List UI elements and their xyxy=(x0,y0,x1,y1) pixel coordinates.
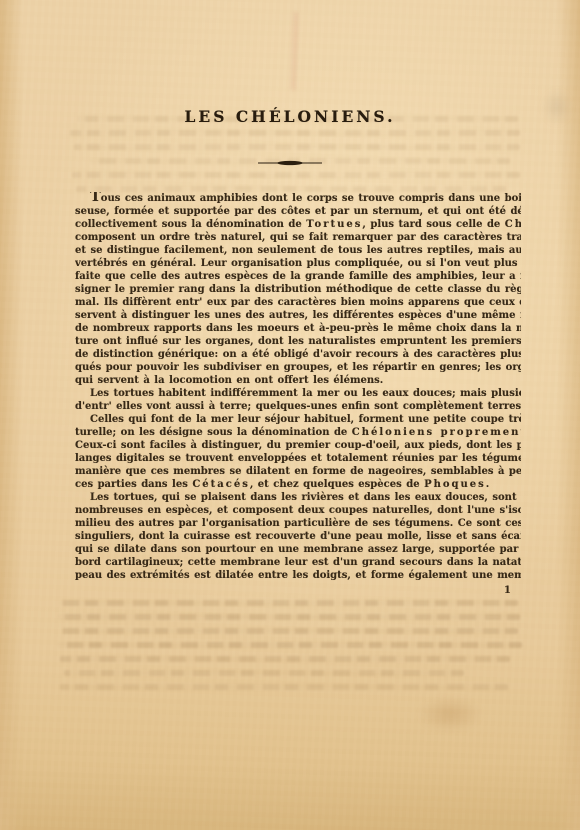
page-title: LES CHÉLONIENS. xyxy=(185,107,396,126)
text-line: vertébrés en général. Leur organisation … xyxy=(75,257,521,270)
text-line: bord cartilagineux; cette membrane leur … xyxy=(75,556,521,569)
text-line: milieu des autres par l'organisation par… xyxy=(75,517,521,530)
text-line: composent un ordre très naturel, qui se … xyxy=(75,231,521,244)
bleedthrough-line xyxy=(60,656,510,662)
page-number: 1 xyxy=(75,584,521,596)
text-line: Ceux-ci sont faciles à distinguer, du pr… xyxy=(75,439,521,452)
text-line: turelle; on les désigne sous la dénomina… xyxy=(75,426,521,439)
text-line: langes digitales se trouvent enveloppées… xyxy=(75,452,521,465)
bleedthrough-line xyxy=(64,670,464,676)
bleedthrough-line xyxy=(72,172,520,178)
text-line: de distinction générique: on a été oblig… xyxy=(75,348,521,361)
text-line: qui se dilate dans son pourtour en une m… xyxy=(75,543,521,556)
text-line: collectivement sous la dénomination de T… xyxy=(75,218,521,231)
bleedthrough-line xyxy=(74,144,520,150)
text-line: ture ont influé sur les organes, dont le… xyxy=(75,335,521,348)
text-line: faite que celle des autres espèces de la… xyxy=(75,270,521,283)
text-line: mal. Ils diffèrent entr' eux par des car… xyxy=(75,296,521,309)
bleedthrough-line xyxy=(58,642,522,648)
text-line: qués pour pouvoir les subdiviser en grou… xyxy=(75,361,521,374)
text-line: de nombreux rapports dans les moeurs et … xyxy=(75,322,521,335)
text-line: Les tortues habitent indifféremment la m… xyxy=(75,387,521,400)
text-line: d'entr' elles vont aussi à terre; quelqu… xyxy=(75,400,521,413)
body-text: Tous ces animaux amphibies dont le corps… xyxy=(75,192,521,582)
text-line: Celles qui font de la mer leur séjour ha… xyxy=(75,413,521,426)
text-line: Tous ces animaux amphibies dont le corps… xyxy=(75,192,521,205)
text-line: qui servent à la locomotion en ont offer… xyxy=(75,374,521,387)
text-line: peau des extrémités est dilatée entre le… xyxy=(75,569,521,582)
scanned-book-page: { "page": { "title": "LES CHÉLONIENS.", … xyxy=(0,0,580,830)
text-line: et se distingue facilement, non seulemen… xyxy=(75,244,521,257)
swelled-rule-divider xyxy=(0,153,580,172)
stain-blot xyxy=(418,696,482,732)
text-line: ces parties dans les Cétacés, et chez qu… xyxy=(75,478,521,491)
bleedthrough-line xyxy=(60,600,518,606)
text-line: Les tortues, qui se plaisent dans les ri… xyxy=(75,491,521,504)
text-line: servent à distinguer les unes des autres… xyxy=(75,309,521,322)
bleedthrough-line xyxy=(58,614,520,620)
text-line: seuse, formée et supportée par des côtes… xyxy=(75,205,521,218)
bleedthrough-line xyxy=(62,628,518,634)
text-line: singuliers, dont la cuirasse est recouve… xyxy=(75,530,521,543)
text-line: manière que ces membres se dilatent en f… xyxy=(75,465,521,478)
text-line: nombreuses en espèces, et composent deux… xyxy=(75,504,521,517)
bleedthrough-line xyxy=(70,130,520,136)
bleedthrough-line xyxy=(60,684,508,690)
swelled-rule-icon xyxy=(258,158,322,168)
text-line: signer le premier rang dans la distribut… xyxy=(75,283,521,296)
